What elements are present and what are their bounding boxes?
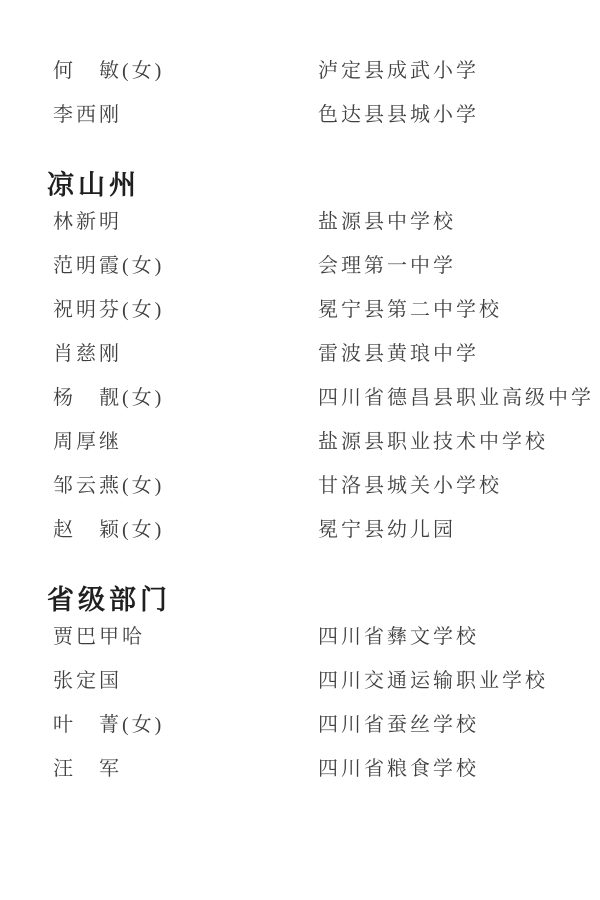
school-name: 泸定县成武小学	[318, 61, 590, 82]
person-name: 肖慈刚	[53, 344, 318, 365]
list-row: 张定国四川交通运输职业学校	[47, 671, 590, 692]
list-row: 赵 颖(女)冕宁县幼儿园	[47, 520, 590, 541]
list-section: 省级部门贾巴甲哈四川省彝文学校张定国四川交通运输职业学校叶 菁(女)四川省蚕丝学…	[47, 586, 590, 780]
person-name: 杨 靓(女)	[53, 388, 318, 409]
school-name: 冕宁县第二中学校	[318, 300, 590, 321]
document-page: 何 敏(女)泸定县成武小学李西刚色达县县城小学凉山州林新明盐源县中学校范明霞(女…	[0, 0, 600, 900]
list-row: 范明霞(女)会理第一中学	[47, 256, 590, 277]
list-section: 凉山州林新明盐源县中学校范明霞(女)会理第一中学祝明芬(女)冕宁县第二中学校肖慈…	[47, 171, 590, 541]
list-row: 叶 菁(女)四川省蚕丝学校	[47, 715, 590, 736]
person-name: 林新明	[53, 212, 318, 233]
person-name: 贾巴甲哈	[53, 627, 318, 648]
list-row: 林新明盐源县中学校	[47, 212, 590, 233]
person-name: 张定国	[53, 671, 318, 692]
person-name: 李西刚	[53, 105, 318, 126]
list-row: 汪 军四川省粮食学校	[47, 759, 590, 780]
list-row: 祝明芬(女)冕宁县第二中学校	[47, 300, 590, 321]
list-row: 杨 靓(女)四川省德昌县职业高级中学	[47, 388, 590, 409]
person-name: 叶 菁(女)	[53, 715, 318, 736]
person-name: 汪 军	[53, 759, 318, 780]
school-name: 色达县县城小学	[318, 105, 590, 126]
person-name: 邹云燕(女)	[53, 476, 318, 497]
school-name: 会理第一中学	[318, 256, 590, 277]
person-name: 周厚继	[53, 432, 318, 453]
school-name: 四川省彝文学校	[318, 627, 590, 648]
school-name: 冕宁县幼儿园	[318, 520, 590, 541]
section-title: 凉山州	[47, 171, 590, 199]
list-row: 周厚继盐源县职业技术中学校	[47, 432, 590, 453]
section-title: 省级部门	[47, 586, 590, 614]
school-name: 甘洛县城关小学校	[318, 476, 590, 497]
person-name: 祝明芬(女)	[53, 300, 318, 321]
list-row: 邹云燕(女)甘洛县城关小学校	[47, 476, 590, 497]
school-name: 四川省粮食学校	[318, 759, 590, 780]
school-name: 盐源县职业技术中学校	[318, 432, 590, 453]
school-name: 四川省德昌县职业高级中学	[318, 388, 594, 409]
list-row: 贾巴甲哈四川省彝文学校	[47, 627, 590, 648]
list-section: 何 敏(女)泸定县成武小学李西刚色达县县城小学	[47, 61, 590, 126]
honoree-list: 何 敏(女)泸定县成武小学李西刚色达县县城小学凉山州林新明盐源县中学校范明霞(女…	[47, 61, 590, 780]
person-name: 范明霞(女)	[53, 256, 318, 277]
school-name: 四川交通运输职业学校	[318, 671, 590, 692]
list-row: 李西刚色达县县城小学	[47, 105, 590, 126]
person-name: 何 敏(女)	[53, 61, 318, 82]
school-name: 雷波县黄琅中学	[318, 344, 590, 365]
list-row: 何 敏(女)泸定县成武小学	[47, 61, 590, 82]
list-row: 肖慈刚雷波县黄琅中学	[47, 344, 590, 365]
person-name: 赵 颖(女)	[53, 520, 318, 541]
school-name: 四川省蚕丝学校	[318, 715, 590, 736]
school-name: 盐源县中学校	[318, 212, 590, 233]
